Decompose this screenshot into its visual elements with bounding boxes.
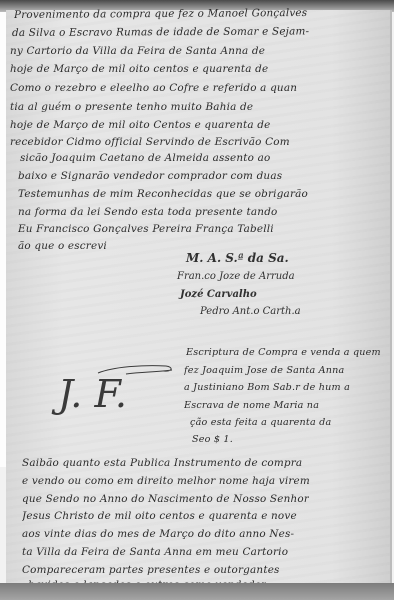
text-line: hoje de Março de mil oito Centos e quare… bbox=[10, 118, 270, 132]
note-line: Escriptura de Compra e venda a quem bbox=[186, 346, 381, 360]
text-line: hoje de Março de mil oito centos e quare… bbox=[10, 62, 268, 76]
signature: Fran.co Joze de Arruda bbox=[177, 271, 295, 282]
text-line: recebidor Cidmo official Servindo de Esc… bbox=[10, 135, 290, 149]
text-line: tia al guém o presente tenho muito Bahia… bbox=[10, 100, 253, 114]
text-line: sicão Joaquim Caetano de Almeida assento… bbox=[20, 151, 270, 165]
text-line: Eu Francisco Gonçalves Pereira França Ta… bbox=[18, 222, 274, 236]
signature: Jozé Carvalho bbox=[180, 289, 257, 300]
note-line: fez Joaquim Jose de Santa Anna bbox=[184, 364, 344, 378]
note-line: Escrava de nome Maria na bbox=[184, 399, 319, 413]
text-line: que Sendo no Anno do Nascimento de Nosso… bbox=[22, 492, 309, 506]
note-line: Seo $ 1. bbox=[192, 433, 233, 447]
signature: M. A. S.ª da Sa. bbox=[186, 251, 289, 265]
text-line: Testemunhas de mim Reconhecidas que se o… bbox=[18, 187, 308, 201]
text-line: e vendo ou como em direito melhor nome h… bbox=[22, 474, 310, 488]
text-line: Compareceram partes presentes e outorgan… bbox=[22, 563, 280, 577]
text-line: Como o rezebro e eleelho ao Cofre e refe… bbox=[10, 81, 297, 95]
signature: Pedro Ant.o Carth.a bbox=[200, 306, 301, 317]
text-line: ny Cartorio da Villa da Feira de Santa A… bbox=[10, 44, 265, 58]
text-line: Jesus Christo de mil oito centos e quare… bbox=[22, 509, 297, 523]
text-line: da Silva o Escravo Rumas de idade de Som… bbox=[12, 24, 309, 40]
text-line: ta Villa da Feira de Santa Anna em meu C… bbox=[22, 545, 288, 559]
text-line: Provenimento da compra que fez o Manoel … bbox=[14, 6, 307, 22]
text-line: baixo e Signarão vendedor comprador com … bbox=[18, 169, 282, 183]
note-line: a Justiniano Bom Sab.r de hum a bbox=[184, 381, 350, 395]
text-line: na forma da lei Sendo esta toda presente… bbox=[18, 205, 278, 219]
scan-bottom-edge bbox=[0, 583, 394, 600]
text-line: Saibão quanto esta Publica Instrumento d… bbox=[22, 456, 302, 470]
rubric-initials: J. F. bbox=[58, 372, 127, 416]
text-line: ão que o escrevi bbox=[18, 239, 107, 253]
text-line: aos vinte dias do mes de Março do dito a… bbox=[22, 527, 294, 541]
note-line: ção esta feita a quarenta da bbox=[190, 416, 331, 430]
